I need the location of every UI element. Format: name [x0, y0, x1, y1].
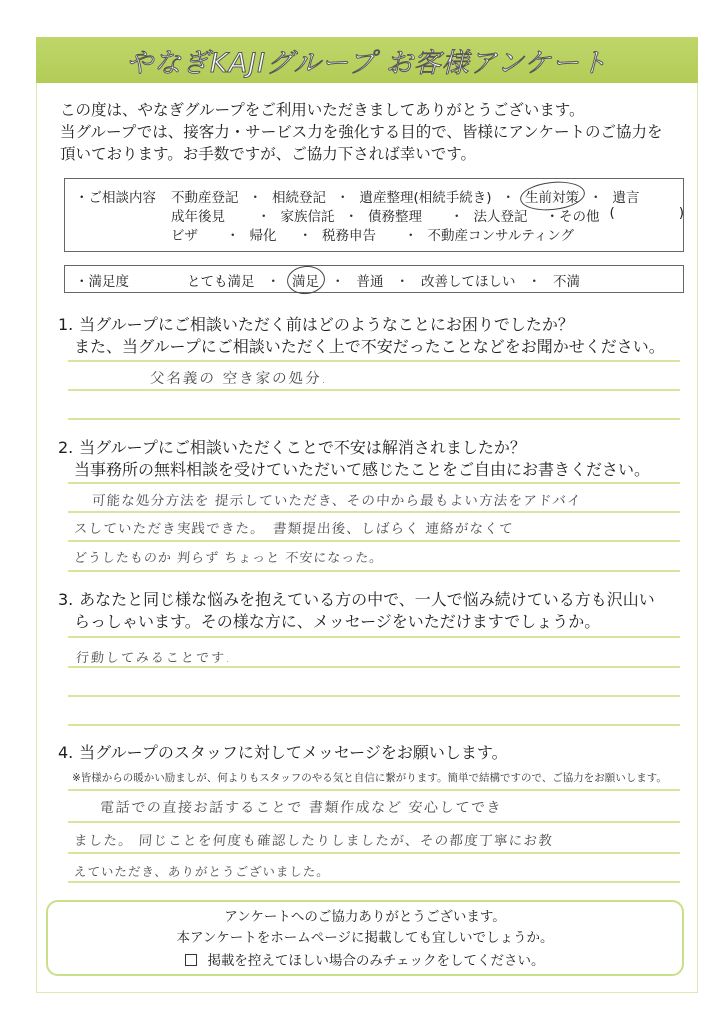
- answer-1-line-1[interactable]: 父名義の 空き家の処分.: [149, 367, 329, 388]
- opt-out-checkbox[interactable]: [185, 954, 197, 966]
- answer-rule: [68, 789, 680, 791]
- option-adult-guardianship[interactable]: 成年後見: [171, 205, 225, 225]
- option-inheritance-registration[interactable]: 相続登記: [272, 186, 326, 206]
- question-text: らっしゃいます。その様な方に、メッセージをいただけますでしょうか。: [58, 611, 688, 633]
- separator: ・: [396, 270, 410, 290]
- separator: ・: [404, 224, 418, 244]
- question-text: また、当グループにご相談いただく上で不安だったことなどをお聞かせください。: [58, 336, 688, 358]
- answer-4-line-3[interactable]: えていただき、ありがとうございました。: [73, 862, 330, 880]
- satisfaction-options: とても満足 ・ 満足 ・ 普通 ・ 改善してほしい ・ 不満: [187, 270, 580, 290]
- title-banner: やなぎKAJIグループ お客様アンケート: [36, 37, 698, 83]
- answer-2-line-2[interactable]: スしていただき実践できた。 書類提出後、しばらく 連絡がなくて: [73, 517, 514, 537]
- paren-open: (: [610, 205, 615, 225]
- separator: ・: [336, 186, 350, 206]
- answer-2-line-1[interactable]: 可能な処分方法を 提示していただき、その中から最もよい方法をアドバイ: [91, 489, 582, 509]
- satisfaction-box: ・満足度 とても満足 ・ 満足 ・ 普通 ・ 改善してほしい ・ 不満: [64, 265, 684, 293]
- question-text: 当事務所の無料相談を受けていただいて感じたことをご自由にお書きください。: [58, 459, 688, 481]
- answer-rule: [68, 852, 680, 854]
- opt-out-label: 掲載を控えてほしい場合のみチェックをしてください。: [207, 953, 544, 969]
- publication-consent-box: アンケートへのご協力ありがとうございます。 本アンケートをホームページに掲載して…: [46, 900, 684, 976]
- option-very-satisfied[interactable]: とても満足: [187, 270, 255, 290]
- question-number: 1.: [58, 314, 74, 336]
- answer-rule: [68, 881, 680, 883]
- question-3: 3. あなたと同じ様な悩みを抱えている方の中で、一人で悩み続けている方も沢山い …: [58, 589, 688, 633]
- option-naturalization[interactable]: 帰化: [250, 224, 277, 244]
- answer-3-line-1[interactable]: 行動してみることです.: [75, 647, 232, 666]
- answer-rule: [68, 540, 680, 542]
- answer-rule: [68, 821, 680, 823]
- answer-4-line-1[interactable]: 電話での直接お話することで 書類作成など 安心してでき: [99, 797, 503, 817]
- answer-4-line-2[interactable]: ました。 同じことを何度も確認したりしましたが、その都度丁寧にお教: [73, 829, 554, 849]
- answer-rule: [68, 724, 680, 726]
- separator: ・: [267, 270, 281, 290]
- question-text: 当グループのスタッフに対してメッセージをお願いします。: [79, 743, 507, 762]
- separator: ・: [226, 224, 240, 244]
- option-pre-death-planning-selected[interactable]: 生前対策: [525, 186, 579, 206]
- option-other[interactable]: ・その他: [546, 205, 600, 225]
- separator: ・: [257, 205, 271, 225]
- question-number: 3.: [58, 589, 74, 611]
- separator: ・: [345, 205, 359, 225]
- option-visa[interactable]: ビザ: [171, 224, 198, 244]
- satisfaction-label: ・満足度: [75, 270, 129, 290]
- separator: ・: [299, 224, 313, 244]
- option-family-trust[interactable]: 家族信託: [281, 205, 335, 225]
- separator: ・: [528, 270, 542, 290]
- paren-close: ): [679, 205, 684, 225]
- intro-line: この度は、やなぎグループをご利用いただきましてありがとうございます。: [60, 99, 690, 121]
- answer-rule: [68, 389, 680, 391]
- question-1: 1. 当グループにご相談いただく前はどのようなことにお困りでしたか？ また、当グ…: [58, 314, 688, 358]
- answer-2-line-3[interactable]: どうしたものか 判らず ちょっと 不安になった。: [73, 547, 384, 566]
- option-debt-settlement[interactable]: 債務整理: [368, 205, 422, 225]
- option-will[interactable]: 遺言: [613, 186, 640, 206]
- separator: ・: [502, 186, 516, 206]
- answer-rule: [68, 482, 680, 484]
- option-corporate-registration[interactable]: 法人登記: [474, 205, 528, 225]
- question-2: 2. 当グループにご相談いただくことで不安は解消されましたか？ 当事務所の無料相…: [58, 437, 688, 481]
- option-real-estate-consulting[interactable]: 不動産コンサルティング: [428, 224, 574, 244]
- answer-rule: [68, 511, 680, 513]
- consultation-label: ・ご相談内容: [75, 186, 156, 206]
- option-estate-settlement[interactable]: 遺産整理(相続手続き): [360, 186, 492, 206]
- question-number: 4.: [58, 742, 74, 764]
- consultation-box: ・ご相談内容 不動産登記 ・ 相続登記 ・ 遺産整理(相続手続き) ・ 生前対策…: [64, 178, 684, 252]
- separator: ・: [331, 270, 345, 290]
- question-text: 当グループにご相談いただくことで不安は解消されましたか？: [79, 438, 526, 457]
- separator: ・: [450, 205, 464, 225]
- intro-line: 当グループでは、接客力・サービス力を強化する目的で、皆様にアンケートのご協力を: [60, 121, 690, 143]
- intro-line: 頂いております。お手数ですが、ご協力下されば幸いです。: [60, 143, 690, 165]
- answer-rule: [68, 570, 680, 572]
- page-title: やなぎKAJIグループ お客様アンケート: [126, 41, 608, 80]
- option-satisfied-selected[interactable]: 満足: [292, 270, 319, 290]
- question-number: 2.: [58, 437, 74, 459]
- option-neutral[interactable]: 普通: [357, 270, 384, 290]
- question-4-note: ※皆様からの暖かい励ましが、何よりもスタッフのやる気と自信に繋がります。簡単で結…: [72, 770, 667, 785]
- answer-rule: [68, 418, 680, 420]
- answer-rule: [68, 636, 680, 638]
- consultation-row-3: ビザ ・ 帰化 ・ 税務申告 ・ 不動産コンサルティング: [171, 224, 574, 244]
- answer-rule: [68, 695, 680, 697]
- separator: ・: [589, 186, 603, 206]
- consultation-row-1: 不動産登記 ・ 相続登記 ・ 遺産整理(相続手続き) ・ 生前対策 ・ 遺言: [171, 186, 640, 206]
- thank-you-text: アンケートへのご協力ありがとうございます。: [48, 907, 682, 928]
- consultation-row-2: 成年後見 ・ 家族信託 ・ 債務整理 ・ 法人登記 ・その他 ( ): [171, 205, 684, 225]
- option-dissatisfied[interactable]: 不満: [553, 270, 580, 290]
- question-text: あなたと同じ様な悩みを抱えている方の中で、一人で悩み続けている方も沢山い: [79, 590, 655, 609]
- question-4: 4. 当グループのスタッフに対してメッセージをお願いします。: [58, 742, 688, 764]
- separator: ・: [249, 186, 263, 206]
- intro-text: この度は、やなぎグループをご利用いただきましてありがとうございます。 当グループ…: [60, 99, 690, 165]
- publication-question: 本アンケートをホームページに掲載しても宜しいでしょうか。: [48, 928, 682, 949]
- question-text: 当グループにご相談いただく前はどのようなことにお困りでしたか？: [79, 315, 574, 334]
- option-needs-improvement[interactable]: 改善してほしい: [421, 270, 516, 290]
- option-real-estate-registration[interactable]: 不動産登記: [171, 186, 239, 206]
- answer-rule: [68, 666, 680, 668]
- option-tax-filing[interactable]: 税務申告: [322, 224, 376, 244]
- answer-rule: [68, 360, 680, 362]
